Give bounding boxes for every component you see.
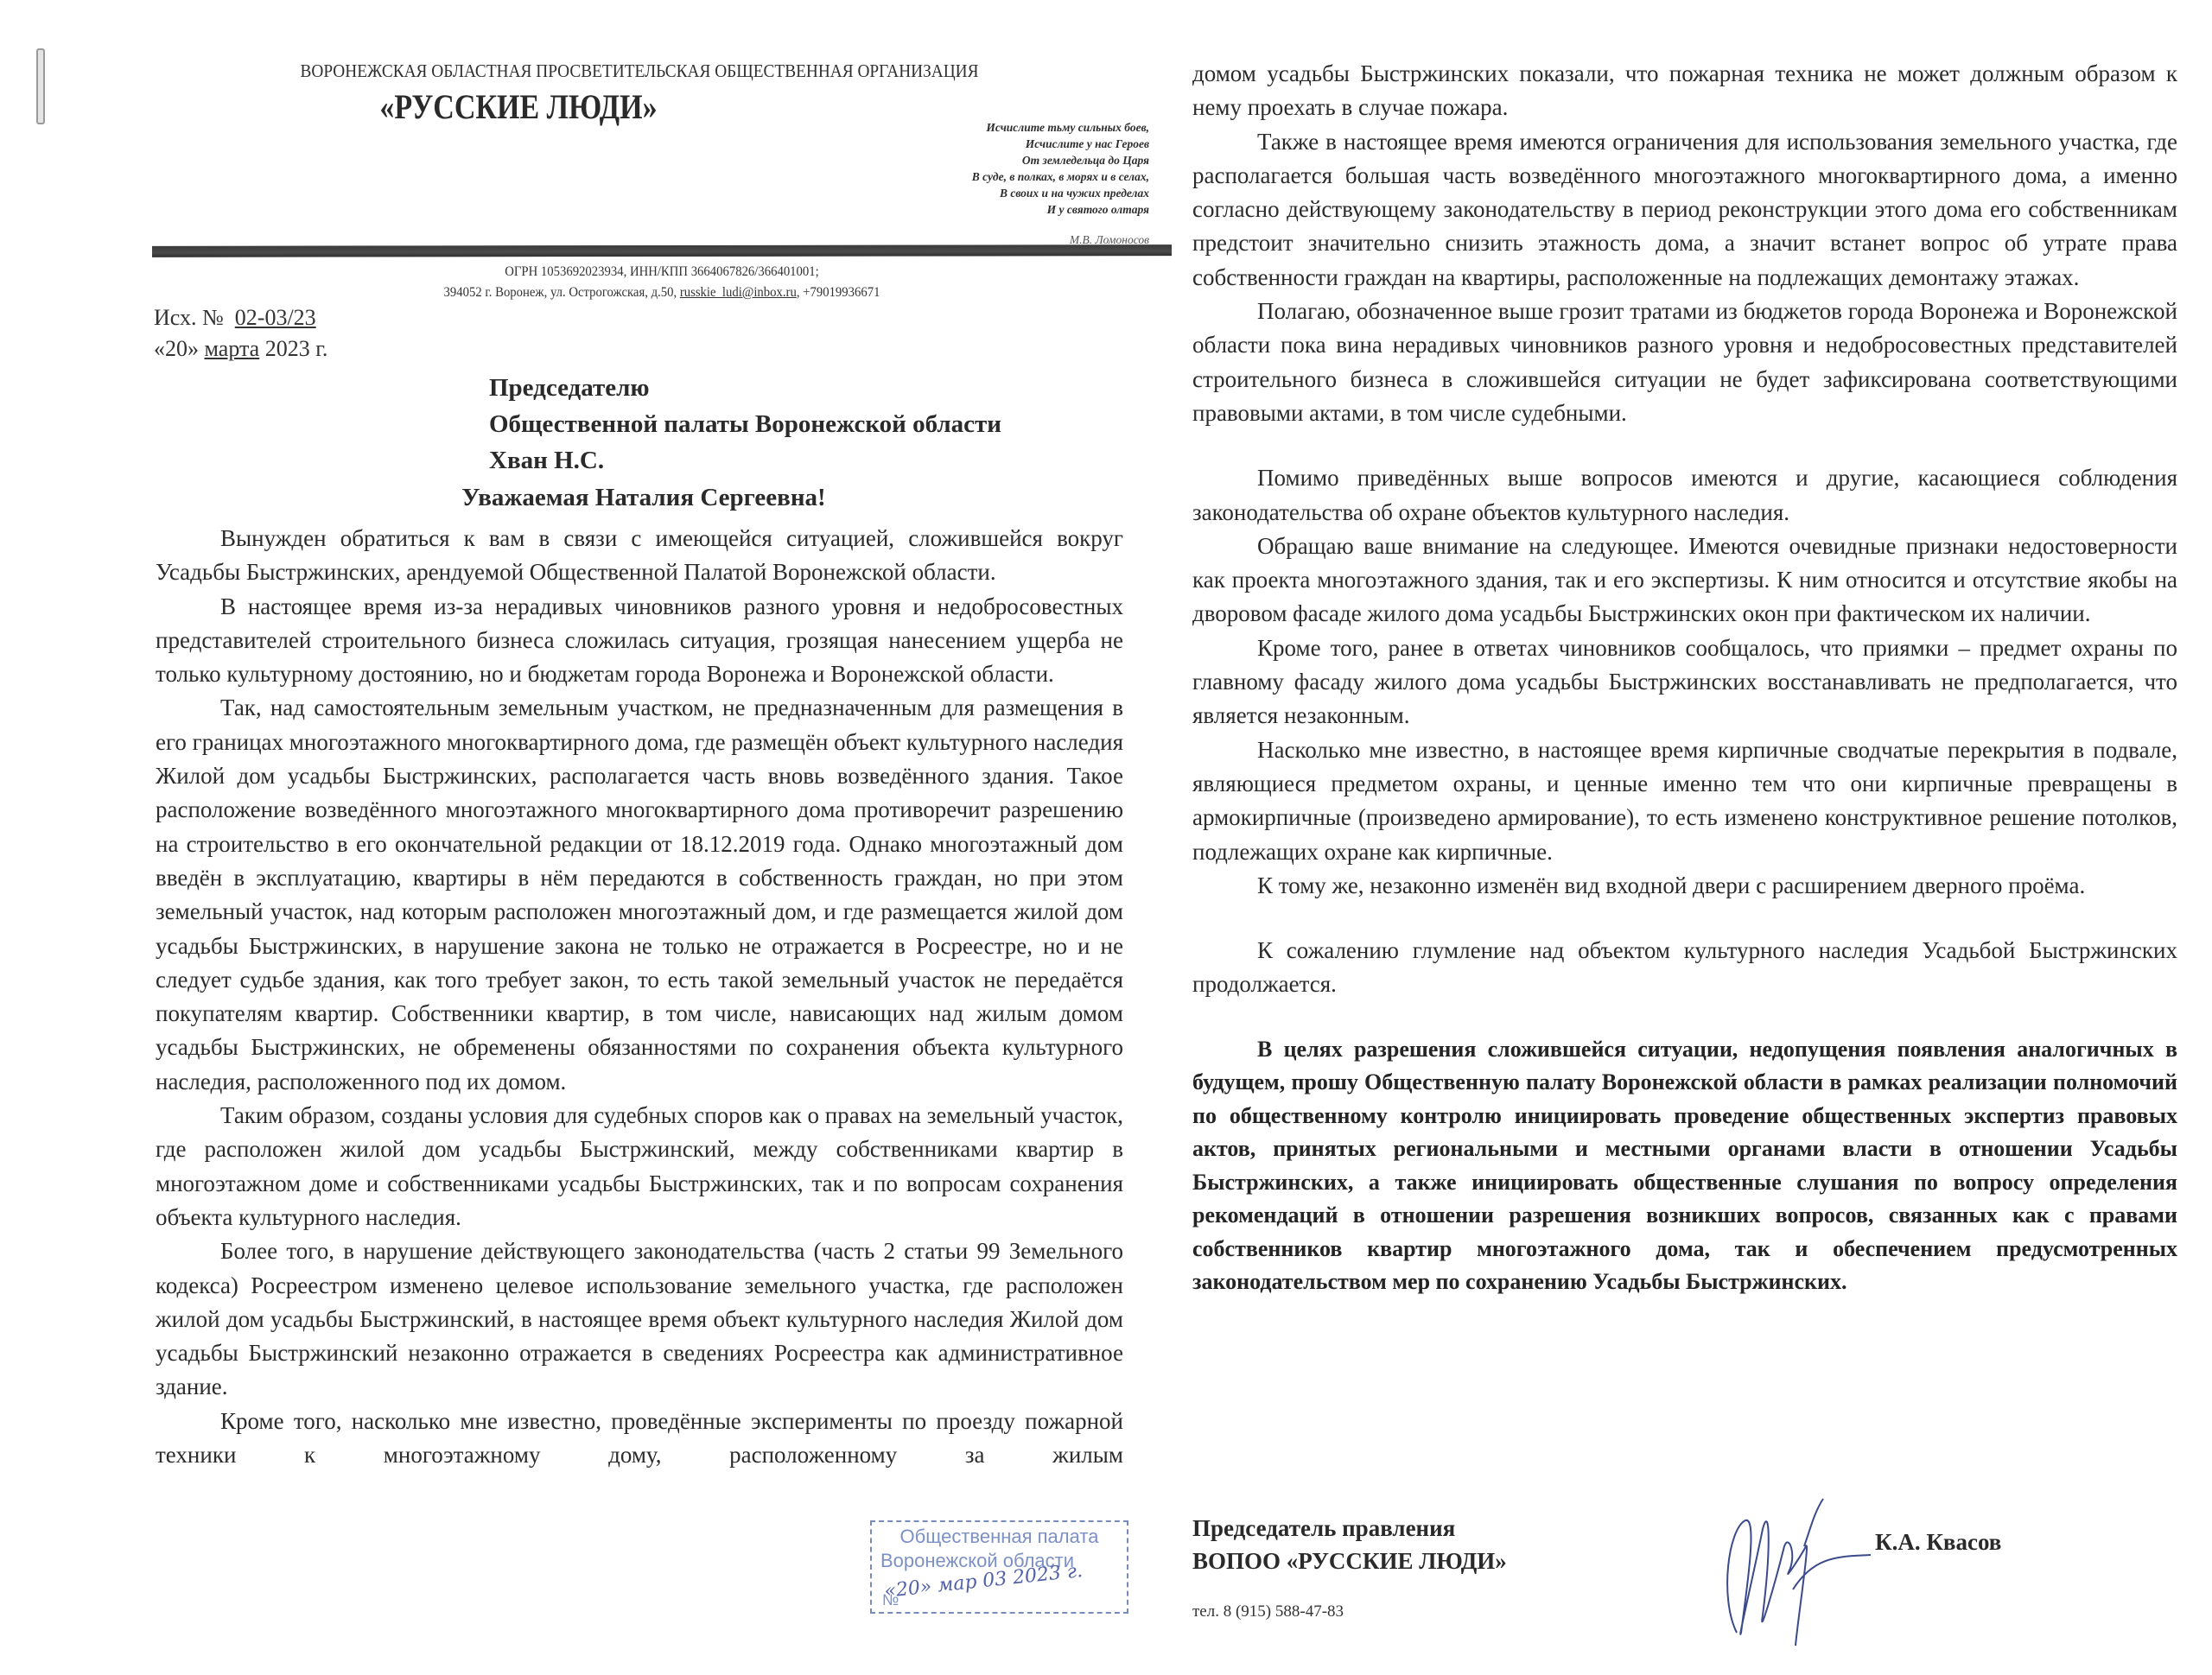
- letterhead-divider: [152, 244, 1172, 257]
- body-paragraph-continued: домом усадьбы Быстржинских показали, что…: [1192, 57, 2177, 125]
- registration-stamp: Общественная палата Воронежской области …: [870, 1520, 1128, 1614]
- body-paragraph: Вынужден обратиться к вам в связи с имею…: [156, 522, 1123, 590]
- letter-page-1: ВОРОНЕЖСКАЯ ОБЛАСТНАЯ ПРОСВЕТИТЕЛЬСКАЯ О…: [0, 0, 1184, 1675]
- epigraph-line: От земледельца до Царя: [873, 152, 1149, 168]
- body-paragraph: Кроме того, ранее в ответах чиновников с…: [1192, 631, 2177, 733]
- number-value: 02-03/23: [235, 305, 316, 330]
- signatory-position: Председатель правления: [1192, 1512, 1507, 1545]
- number-label: Исх. №: [154, 305, 224, 330]
- paragraph-gap: [1192, 1002, 2177, 1033]
- addressee-block: Председателю Общественной палаты Воронеж…: [489, 370, 1001, 479]
- body-paragraph: В настоящее время из-за нерадивых чиновн…: [156, 590, 1123, 692]
- body-paragraph: Насколько мне известно, в настоящее врем…: [1192, 733, 2177, 869]
- outgoing-reference: Исх. № 02-03/23 «20» марта 2023 г.: [154, 302, 327, 365]
- letterhead-epigraph: Исчислите тьму сильных боев, Исчислите у…: [873, 119, 1149, 248]
- salutation: Уважаемая Наталия Сергеевна!: [147, 484, 1141, 512]
- address-text: 394052 г. Воронеж, ул. Острогожская, д.5…: [444, 285, 680, 300]
- signatory-name: К.А. Квасов: [1875, 1529, 2001, 1556]
- phone-text: , +79019936671: [797, 285, 880, 300]
- stamp-number-label: №: [882, 1591, 899, 1609]
- body-paragraph: К тому же, незаконно изменён вид входной…: [1192, 869, 2177, 903]
- registration-numbers: ОГРН 1053692023934, ИНН/КПП 3664067826/3…: [193, 262, 1131, 282]
- outgoing-date: «20» марта 2023 г.: [154, 333, 327, 365]
- body-paragraph: Помимо приведённых выше вопросов имеются…: [1192, 461, 2177, 530]
- date-day: «20»: [154, 336, 199, 361]
- binder-mark: [36, 48, 45, 124]
- letter-body-left: Вынужден обратиться к вам в связи с имею…: [156, 522, 1123, 1472]
- addressee-line: Общественной палаты Воронежской области: [489, 406, 1001, 442]
- epigraph-line: В суде, в полках, в морях и в селах,: [873, 168, 1149, 185]
- paragraph-gap: [1192, 903, 2177, 934]
- letterhead-registration: ОГРН 1053692023934, ИНН/КПП 3664067826/3…: [193, 262, 1131, 303]
- body-paragraph: Таким образом, созданы условия для судеб…: [156, 1099, 1123, 1234]
- stamp-title: Общественная палата: [872, 1526, 1127, 1548]
- epigraph-line: И у святого олтаря: [873, 201, 1149, 218]
- letter-body-right: домом усадьбы Быстржинских показали, что…: [1192, 57, 2177, 1299]
- body-paragraph: Полагаю, обозначенное выше грозит тратам…: [1192, 295, 2177, 430]
- body-paragraph: Более того, в нарушение действующего зак…: [156, 1234, 1123, 1404]
- request-paragraph: В целях разрешения сложившейся ситуации,…: [1192, 1033, 2177, 1299]
- body-paragraph: Также в настоящее время имеются ограниче…: [1192, 125, 2177, 295]
- signatory-phone: тел. 8 (915) 588-47-83: [1192, 1602, 1344, 1621]
- signatory-organization: ВОПОО «РУССКИЕ ЛЮДИ»: [1192, 1545, 1507, 1577]
- date-month: марта: [205, 336, 260, 361]
- epigraph-line: Исчислите тьму сильных боев,: [873, 119, 1149, 136]
- body-paragraph: К сожалению глумление над объектом культ…: [1192, 934, 2177, 1002]
- body-paragraph: Обращаю ваше внимание на следующее. Имею…: [1192, 530, 2177, 631]
- outgoing-number: Исх. № 02-03/23: [154, 302, 327, 333]
- addressee-line: Хван Н.С.: [489, 442, 1001, 479]
- paragraph-gap: [1192, 430, 2177, 461]
- letter-page-2: домом усадьбы Быстржинских показали, что…: [1184, 0, 2212, 1675]
- epigraph-line: В своих и на чужих пределах: [873, 185, 1149, 201]
- email-link[interactable]: russkie_ludi@inbox.ru: [680, 285, 797, 300]
- letterhead-org-line: ВОРОНЕЖСКАЯ ОБЛАСТНАЯ ПРОСВЕТИТЕЛЬСКАЯ О…: [289, 60, 989, 82]
- date-year: 2023 г.: [265, 336, 328, 361]
- addressee-line: Председателю: [489, 370, 1001, 406]
- letterhead-org-name: «РУССКИЕ ЛЮДИ»: [298, 86, 739, 127]
- body-paragraph: Так, над самостоятельным земельным участ…: [156, 691, 1123, 1099]
- epigraph-line: Исчислите у нас Героев: [873, 136, 1149, 152]
- handwritten-signature: [1702, 1494, 1875, 1650]
- body-paragraph: Кроме того, насколько мне известно, пров…: [156, 1405, 1123, 1473]
- org-address: 394052 г. Воронеж, ул. Острогожская, д.5…: [193, 282, 1131, 303]
- signatory-title: Председатель правления ВОПОО «РУССКИЕ ЛЮ…: [1192, 1512, 1507, 1577]
